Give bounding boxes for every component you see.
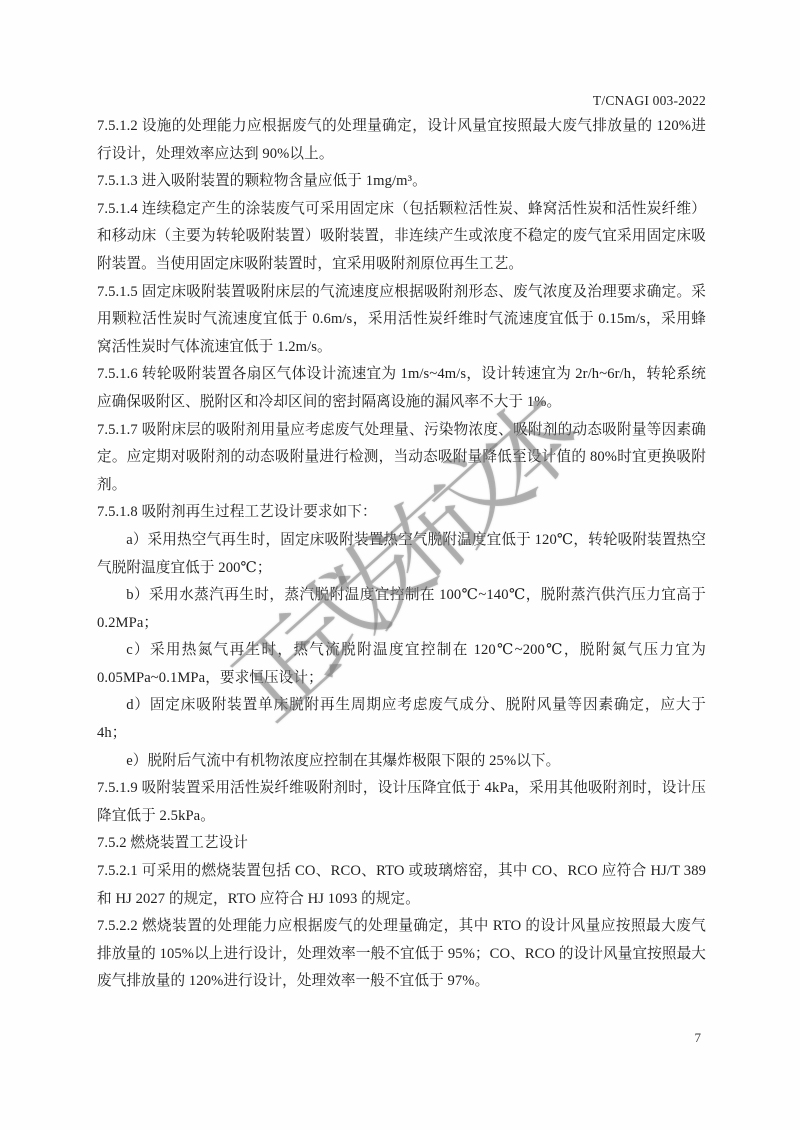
paragraph: c）采用热氮气再生时，热气流脱附温度宜控制在 120℃~200℃，脱附氮气压力宜… (97, 637, 706, 692)
paragraph: a）采用热空气再生时，固定床吸附装置热空气脱附温度宜低于 120℃，转轮吸附装置… (97, 527, 706, 582)
document-page: T/CNAGI 003-2022 7.5.1.2 设施的处理能力应根据废气的处理… (0, 0, 800, 1130)
paragraph: 7.5.1.3 进入吸附装置的颗粒物含量应低于 1mg/m³。 (97, 168, 706, 196)
paragraph: 7.5.1.4 连续稳定产生的涂装废气可采用固定床（包括颗粒活性炭、蜂窝活性炭和… (97, 196, 706, 279)
paragraph: 7.5.1.9 吸附装置采用活性炭纤维吸附剂时，设计压降宜低于 4kPa，采用其… (97, 775, 706, 830)
standard-number: T/CNAGI 003-2022 (593, 93, 706, 108)
paragraph: 7.5.1.7 吸附床层的吸附剂用量应考虑废气处理量、污染物浓度、吸附剂的动态吸… (97, 417, 706, 500)
paragraph: b）采用水蒸汽再生时，蒸汽脱附温度宜控制在 100℃~140℃，脱附蒸汽供汽压力… (97, 582, 706, 637)
paragraph: 7.5.2.2 燃烧装置的处理能力应根据废气的处理量确定，其中 RTO 的设计风… (97, 913, 706, 996)
paragraph: 7.5.1.8 吸附剂再生过程工艺设计要求如下： (97, 499, 706, 527)
paragraph: 7.5.2.1 可采用的燃烧装置包括 CO、RCO、RTO 或玻璃熔窑，其中 C… (97, 858, 706, 913)
page-footer: 7 (97, 1030, 706, 1046)
document-body: 7.5.1.2 设施的处理能力应根据废气的处理量确定，设计风量宜按照最大废气排放… (97, 113, 706, 996)
paragraph: 7.5.1.2 设施的处理能力应根据废气的处理量确定，设计风量宜按照最大废气排放… (97, 113, 706, 168)
page-number: 7 (695, 1030, 702, 1045)
paragraph: d）固定床吸附装置单床脱附再生周期应考虑废气成分、脱附风量等因素确定，应大于 4… (97, 692, 706, 747)
page-header: T/CNAGI 003-2022 (97, 93, 706, 109)
paragraph: e）脱附后气流中有机物浓度应控制在其爆炸极限下限的 25%以下。 (97, 748, 706, 776)
paragraph: 7.5.1.5 固定床吸附装置吸附床层的气流速度应根据吸附剂形态、废气浓度及治理… (97, 279, 706, 362)
paragraph: 7.5.1.6 转轮吸附装置各扇区气体设计流速宜为 1m/s~4m/s，设计转速… (97, 361, 706, 416)
paragraph: 7.5.2 燃烧装置工艺设计 (97, 830, 706, 858)
